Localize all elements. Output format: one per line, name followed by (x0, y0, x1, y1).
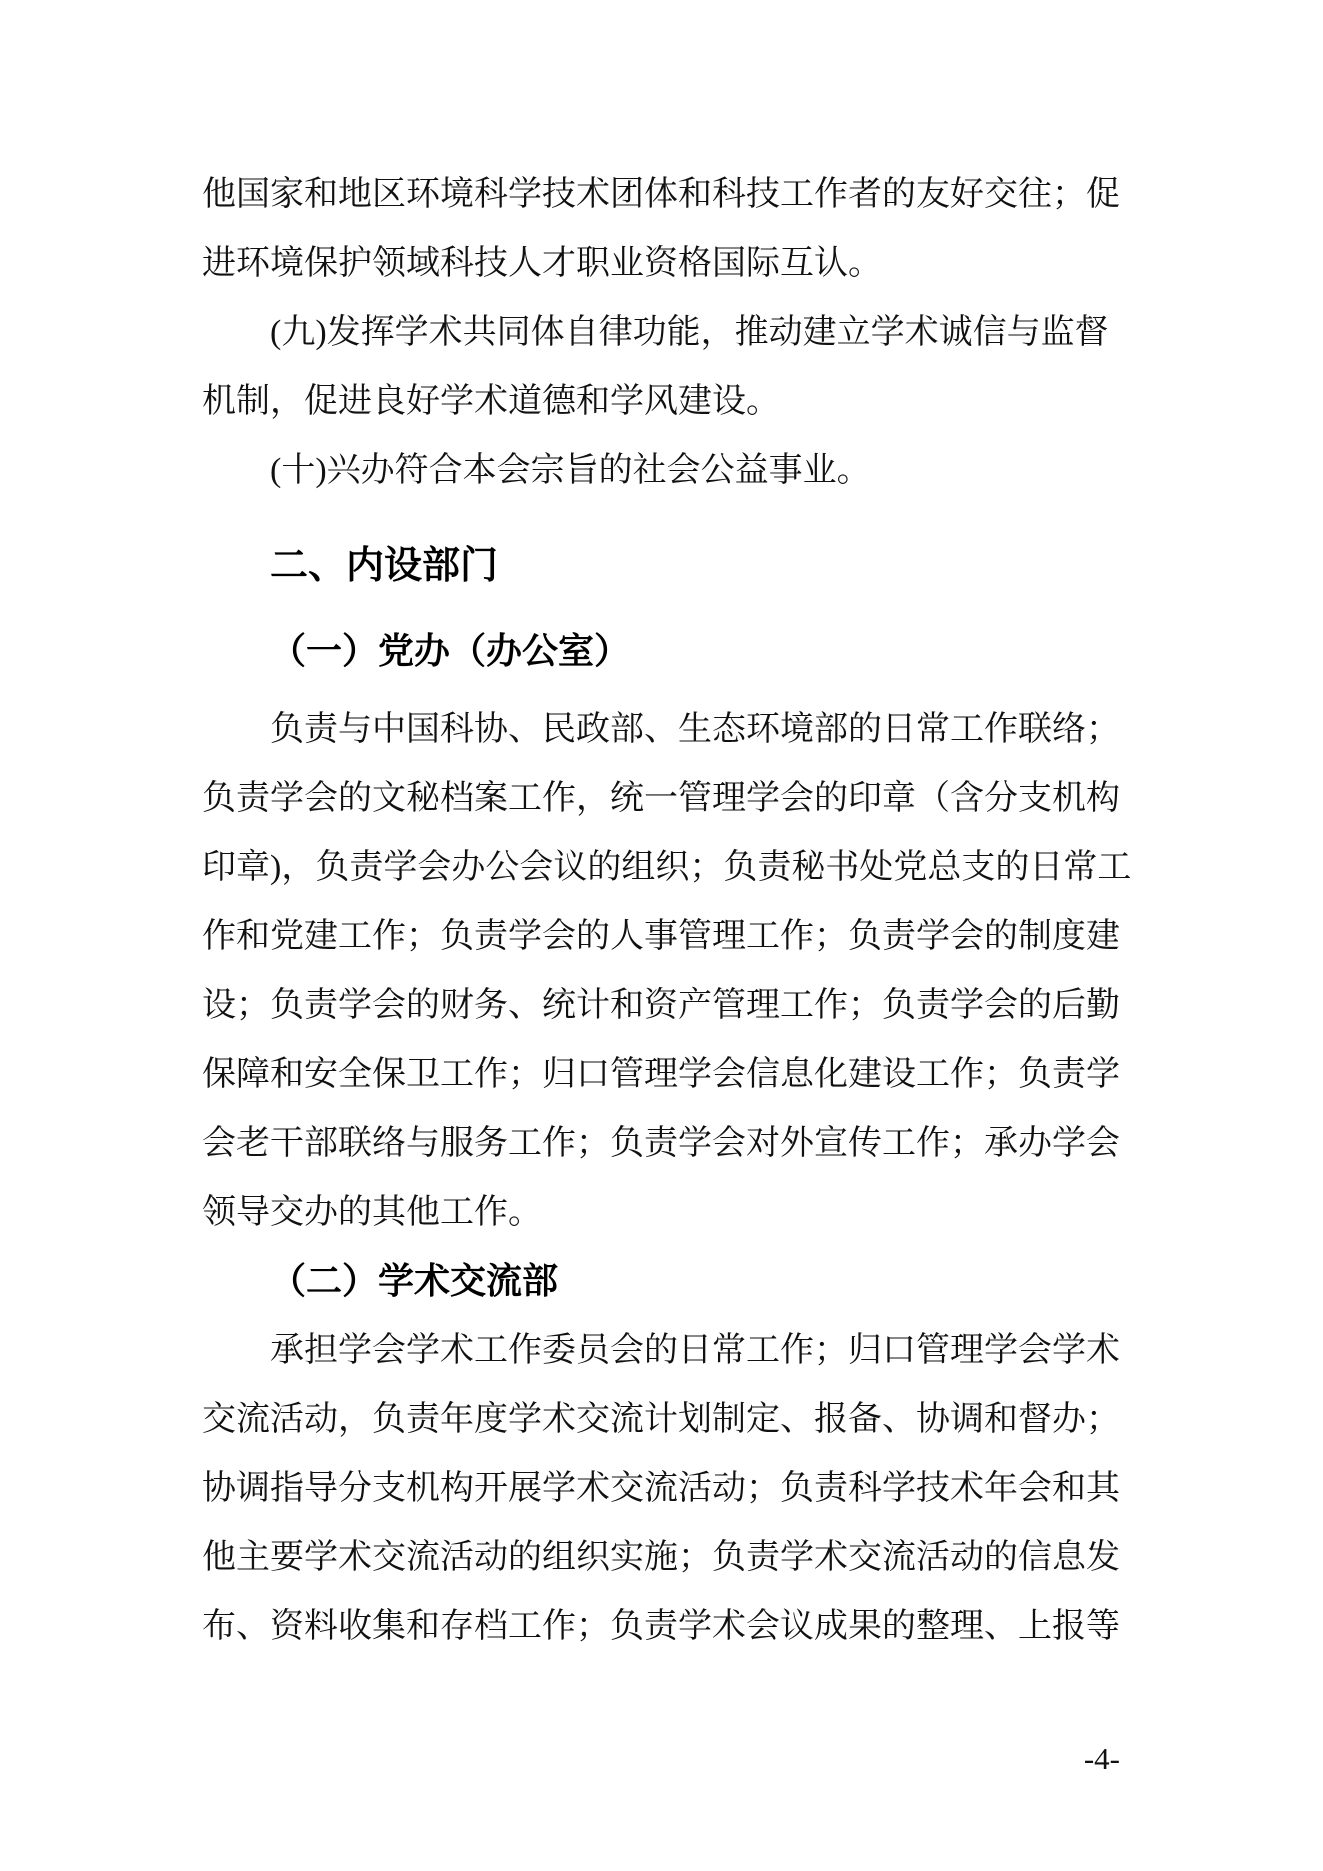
subsection-heading-office: （一）党办（办公室） (202, 617, 1120, 686)
doc-line: 布、资料收集和存档工作；负责学术会议成果的整理、上报等 (202, 1592, 1120, 1661)
doc-line: 进环境保护领域科技人才职业资格国际互认。 (202, 229, 1120, 298)
doc-line: 机制，促进良好学术道德和学风建设。 (202, 367, 1120, 436)
doc-line: 交流活动，负责年度学术交流计划制定、报备、协调和督办； (202, 1385, 1120, 1454)
subsection-heading-academic: （二）学术交流部 (202, 1247, 1120, 1316)
doc-line: 作和党建工作；负责学会的人事管理工作；负责学会的制度建 (202, 902, 1120, 971)
section-heading: 二、内设部门 (202, 532, 1120, 601)
doc-line: 印章)，负责学会办公会议的组织；负责秘书处党总支的日常工 (202, 833, 1120, 902)
doc-line: (九)发挥学术共同体自律功能，推动建立学术诚信与监督 (202, 298, 1120, 367)
doc-line: 负责与中国科协、民政部、生态环境部的日常工作联络； (202, 695, 1120, 764)
doc-line: 承担学会学术工作委员会的日常工作；归口管理学会学术 (202, 1316, 1120, 1385)
doc-line: 他主要学术交流活动的组织实施；负责学术交流活动的信息发 (202, 1523, 1120, 1592)
doc-line: 设；负责学会的财务、统计和资产管理工作；负责学会的后勤 (202, 971, 1120, 1040)
document-page: 他国家和地区环境科学技术团体和科技工作者的友好交往；促 进环境保护领域科技人才职… (0, 0, 1323, 1871)
doc-line: 协调指导分支机构开展学术交流活动；负责科学技术年会和其 (202, 1454, 1120, 1523)
doc-line: 他国家和地区环境科学技术团体和科技工作者的友好交往；促 (202, 160, 1120, 229)
doc-line: (十)兴办符合本会宗旨的社会公益事业。 (202, 436, 1120, 505)
document-body: 他国家和地区环境科学技术团体和科技工作者的友好交往；促 进环境保护领域科技人才职… (202, 160, 1120, 1661)
doc-line: 领导交办的其他工作。 (202, 1178, 1120, 1247)
doc-line: 会老干部联络与服务工作；负责学会对外宣传工作；承办学会 (202, 1109, 1120, 1178)
doc-line: 保障和安全保卫工作；归口管理学会信息化建设工作；负责学 (202, 1040, 1120, 1109)
page-number: -4- (202, 1742, 1120, 1776)
doc-line: 负责学会的文秘档案工作，统一管理学会的印章（含分支机构 (202, 764, 1120, 833)
